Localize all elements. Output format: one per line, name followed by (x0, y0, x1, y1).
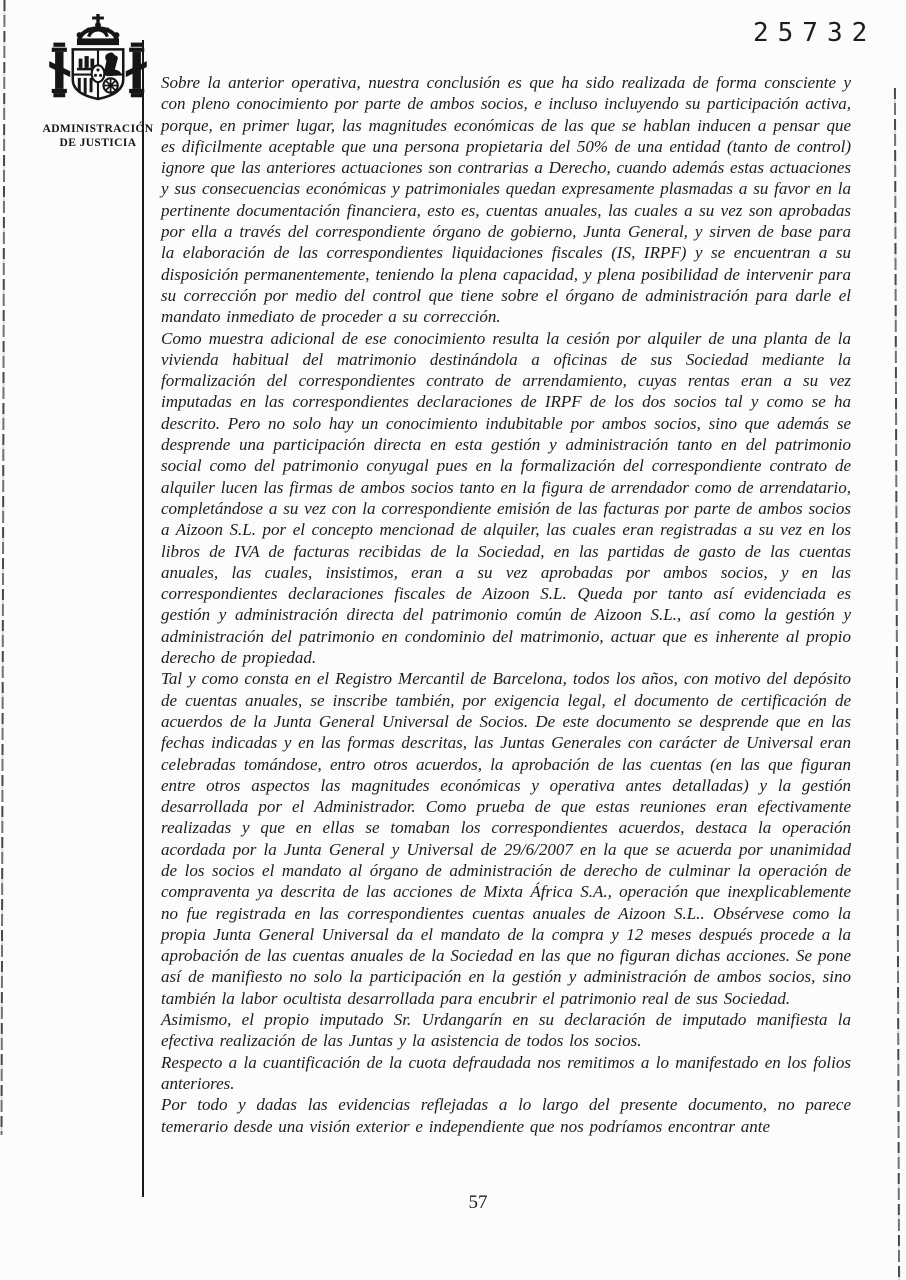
scan-edge-left (1, 0, 6, 1135)
document-body: Sobre la anterior operativa, nuestra con… (161, 72, 851, 1137)
document-page: 25732 (0, 0, 906, 1280)
margin-rule (142, 40, 144, 1197)
page-stamp-number: 25732 (753, 18, 876, 48)
coat-of-arms-icon (47, 14, 149, 120)
paragraph: Respecto a la cuantificación de la cuota… (161, 1052, 851, 1095)
page-number: 57 (428, 1192, 528, 1214)
letterhead: ADMINISTRACIÓN DE JUSTICIA (40, 14, 156, 150)
paragraph: Tal y como consta en el Registro Mercant… (161, 668, 851, 1009)
institution-line-2: DE JUSTICIA (40, 137, 156, 151)
paragraph: Por todo y dadas las evidencias reflejad… (161, 1094, 851, 1137)
paragraph: Asimismo, el propio imputado Sr. Urdanga… (161, 1009, 851, 1052)
institution-label: ADMINISTRACIÓN DE JUSTICIA (40, 123, 156, 150)
institution-line-1: ADMINISTRACIÓN (40, 123, 156, 137)
paragraph: Como muestra adicional de ese conocimien… (161, 328, 851, 669)
paragraph: Sobre la anterior operativa, nuestra con… (161, 72, 851, 328)
scan-edge-right (894, 88, 900, 1280)
